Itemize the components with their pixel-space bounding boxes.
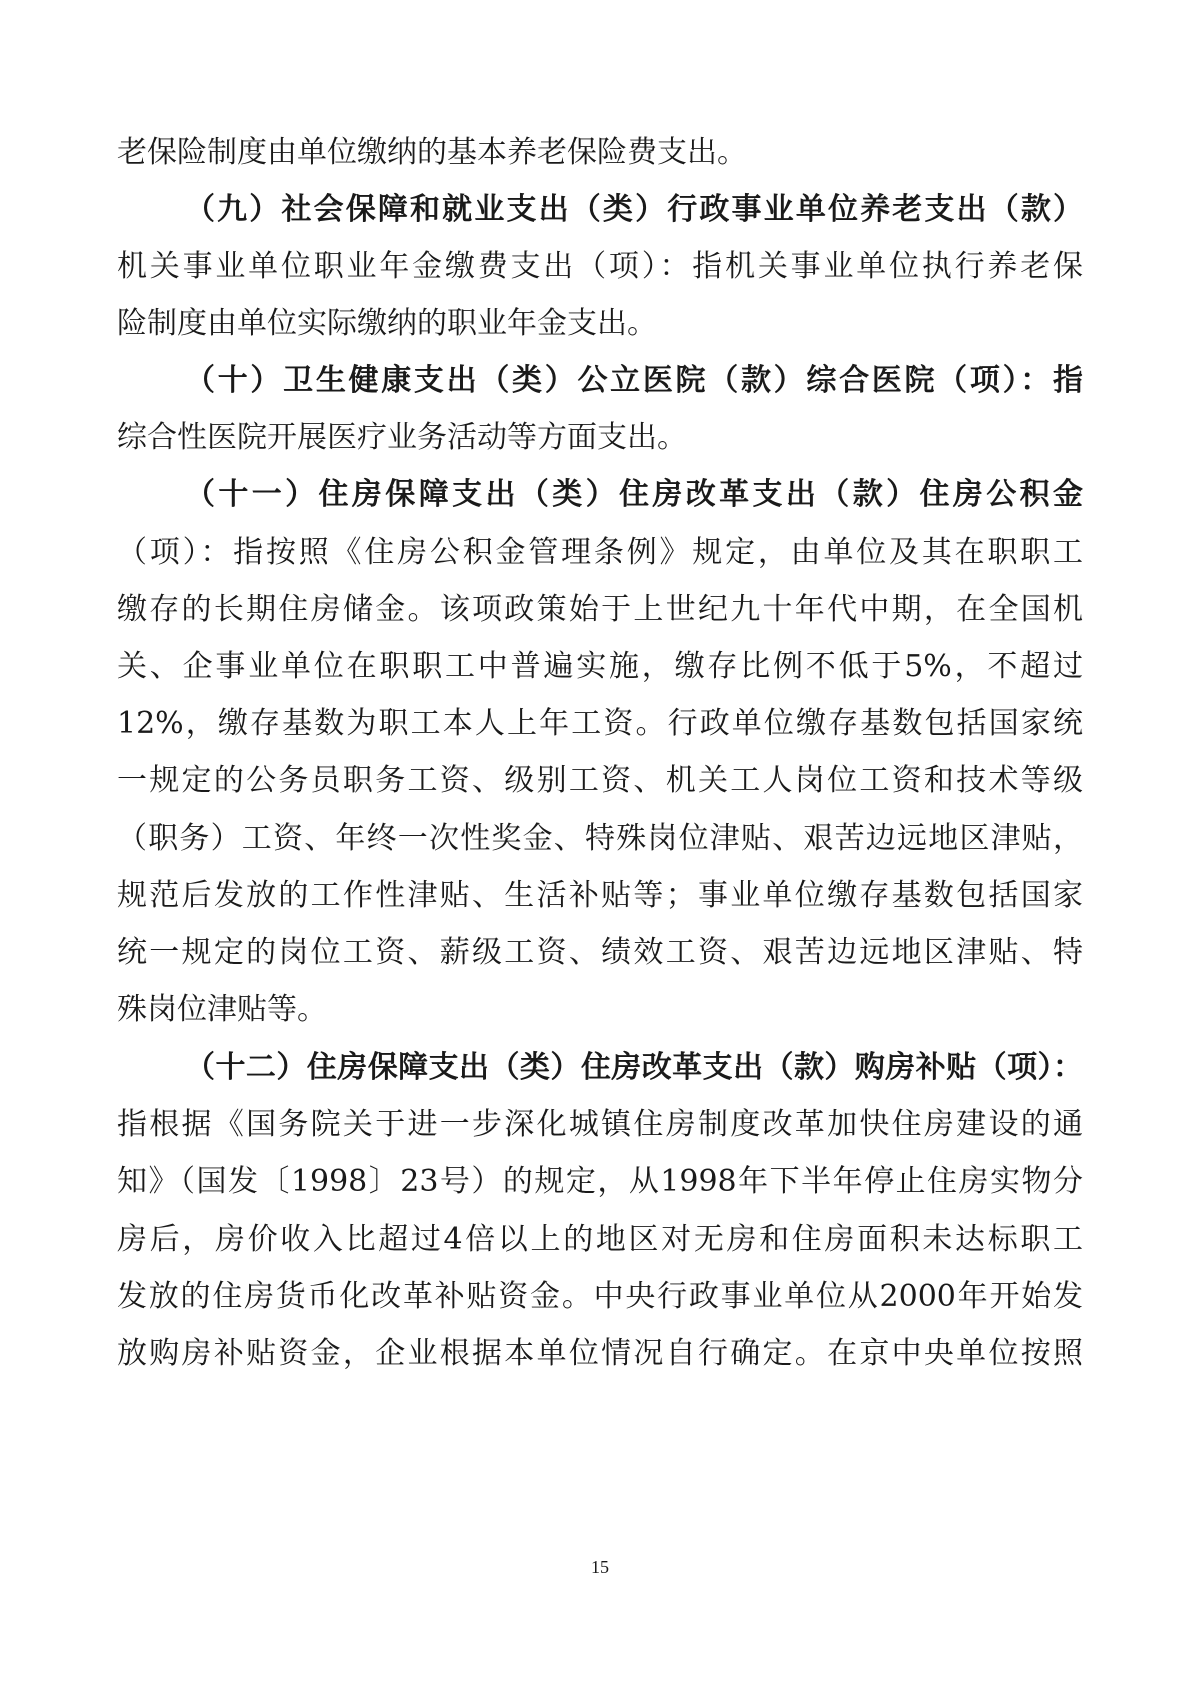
paragraph-line: 一规定的公务员职务工资、级别工资、机关工人岗位工资和技术等级 (117, 761, 1083, 801)
paragraph-line: 12%，缴存基数为职工本人上年工资。行政单位缴存基数包括国家统 (117, 704, 1083, 744)
section-heading-line: （十二）住房保障支出（类）住房改革支出（款）购房补贴（项）： (185, 1048, 1083, 1088)
paragraph-line: 缴存的长期住房储金。该项政策始于上世纪九十年代中期，在全国机 (117, 590, 1083, 630)
paragraph-line: 房后，房价收入比超过4倍以上的地区对无房和住房面积未达标职工 (117, 1220, 1083, 1260)
section-heading-line: （十一）住房保障支出（类）住房改革支出（款）住房公积金 (185, 475, 1083, 515)
paragraph-line: （职务）工资、年终一次性奖金、特殊岗位津贴、艰苦边远地区津贴， (117, 819, 1083, 859)
paragraph-line: 老保险制度由单位缴纳的基本养老保险费支出。 (117, 133, 1083, 173)
paragraph-line: 险制度由单位实际缴纳的职业年金支出。 (117, 304, 1083, 344)
paragraph-line: 关、企事业单位在职职工中普遍实施，缴存比例不低于5%，不超过 (117, 647, 1083, 687)
paragraph-line: 综合性医院开展医疗业务活动等方面支出。 (117, 418, 1083, 458)
paragraph-line: 知》（国发〔1998〕23号）的规定，从1998年下半年停止住房实物分 (117, 1162, 1083, 1202)
paragraph-line: 发放的住房货币化改革补贴资金。中央行政事业单位从2000年开始发 (117, 1277, 1083, 1317)
section-heading-line: （九）社会保障和就业支出（类）行政事业单位养老支出（款） (185, 190, 1083, 230)
paragraph-line: 统一规定的岗位工资、薪级工资、绩效工资、艰苦边远地区津贴、特 (117, 933, 1083, 973)
paragraph-line: 放购房补贴资金，企业根据本单位情况自行确定。在京中央单位按照 (117, 1334, 1083, 1374)
paragraph-line: （项）：指按照《住房公积金管理条例》规定，由单位及其在职职工 (117, 533, 1083, 573)
document-page: 老保险制度由单位缴纳的基本养老保险费支出。（九）社会保障和就业支出（类）行政事业… (0, 0, 1200, 1697)
paragraph-line: 规范后发放的工作性津贴、生活补贴等；事业单位缴存基数包括国家 (117, 876, 1083, 916)
paragraph-line: 殊岗位津贴等。 (117, 990, 1083, 1030)
paragraph-line: 机关事业单位职业年金缴费支出（项）：指机关事业单位执行养老保 (117, 247, 1083, 287)
paragraph-line: 指根据《国务院关于进一步深化城镇住房制度改革加快住房建设的通 (117, 1105, 1083, 1145)
section-heading-line: （十）卫生健康支出（类）公立医院（款）综合医院（项）：指 (185, 361, 1083, 401)
page-number: 15 (0, 1555, 1200, 1579)
